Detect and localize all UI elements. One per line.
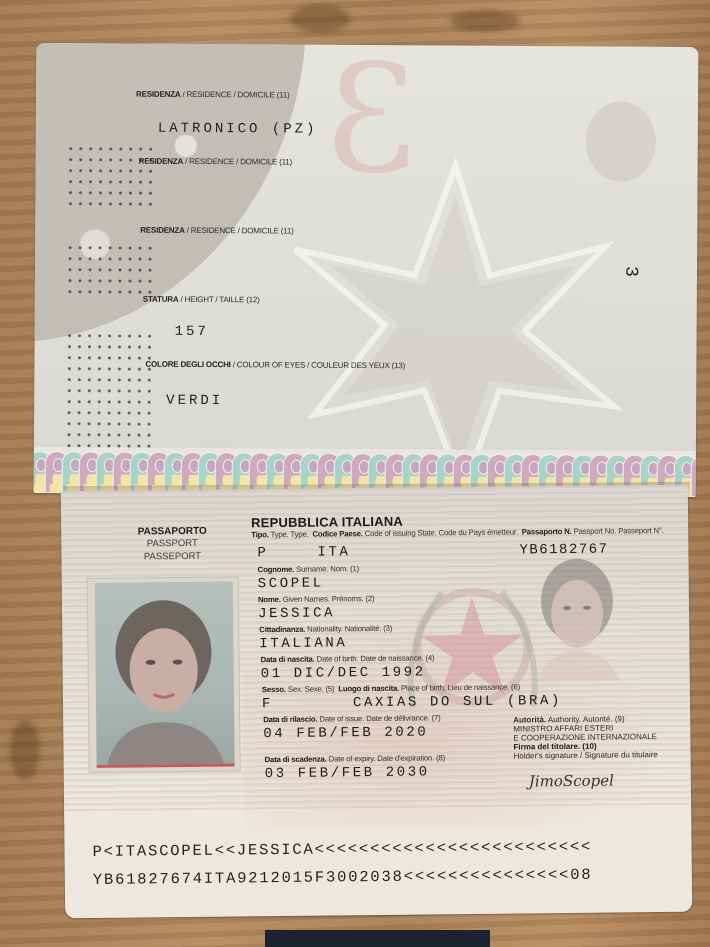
dob-value: 01 DIC/DEC 1992 [261, 664, 426, 682]
signature-label-en: Holder's signature / Signature du titula… [514, 750, 664, 761]
wood-knot [290, 5, 350, 33]
dob-label: Data di nascita. Date of birth. Date de … [261, 653, 435, 664]
given-names-value: JESSICA [258, 605, 335, 622]
holder-signature: JimoScopel [529, 772, 614, 791]
expiry-date-label: Data di scadenza. Date of expiry. Date d… [265, 753, 445, 764]
star-watermark-icon [274, 154, 636, 496]
issue-date-value: 04 FEB/FEB 2020 [263, 724, 428, 742]
surname-label: Cognome. Surname. Nom. (1) [258, 564, 359, 574]
height-value: 157 [175, 324, 209, 340]
residence-label-1: RESIDENZA / RESIDENCE / DOMICILE (11) [136, 90, 289, 100]
holder-photo-frame [87, 576, 241, 773]
issue-date-label: Data di rilascio. Date of issue. Date de… [263, 713, 440, 724]
passport-label-fr: PASSEPORT [107, 549, 237, 563]
eye-colour-value: VERDI [166, 393, 223, 409]
wood-knot [450, 10, 520, 32]
passport-type-block: PASSAPORTO PASSPORT PASSEPORT [107, 525, 237, 563]
holder-photo [95, 581, 235, 767]
mrz-line-1: P<ITASCOPEL<<JESSICA<<<<<<<<<<<<<<<<<<<<… [92, 838, 592, 861]
residence-value: LATRONICO (PZ) [158, 121, 318, 138]
passport-data-page: PASSAPORTO PASSPORT PASSEPORT REPUBBLICA… [61, 485, 692, 919]
height-label: STATURA / HEIGHT / TAILLE (12) [143, 295, 260, 305]
issuing-country-title: REPUBBLICA ITALIANA [251, 514, 403, 531]
given-names-label: Nome. Given Names. Prénoms. (2) [258, 594, 375, 604]
perforated-number [64, 143, 156, 484]
passport-page-3: 3 RESIDENZA / RESIDENCE / DOMICILE (11) … [34, 43, 699, 497]
passport-label-en: PASSPORT [107, 536, 237, 550]
nationality-value: ITALIANA [259, 635, 347, 652]
sex-value: F [262, 696, 273, 712]
expiry-date-value: 03 FEB/FEB 2030 [265, 764, 430, 782]
authority-block: Autorità. Authority. Autorité. (9) MINIS… [513, 714, 663, 761]
country-code: ITA [317, 544, 350, 560]
guilloche-arch [691, 455, 696, 497]
background-object [265, 930, 490, 947]
wood-knot [10, 720, 40, 780]
mrz-line-2: YB61827674ITA9212015F3002038<<<<<<<<<<<<… [93, 866, 593, 889]
ghost-photo [526, 555, 627, 681]
residence-label-3: RESIDENZA / RESIDENCE / DOMICILE (11) [140, 226, 293, 236]
portrait-icon [95, 581, 235, 767]
nationality-label: Cittadinanza. Nationality. Nationalité. … [259, 624, 392, 634]
residence-label-2: RESIDENZA / RESIDENCE / DOMICILE (11) [139, 157, 292, 167]
surname-value: SCOPEL [258, 576, 324, 593]
place-of-birth-value: CAXIAS DO SUL (BRA) [353, 693, 562, 711]
page-number: 3 [620, 266, 640, 277]
document-type: P [257, 545, 268, 561]
eye-colour-label: COLORE DEGLI OCCHI / COLOUR OF EYES / CO… [145, 360, 405, 371]
